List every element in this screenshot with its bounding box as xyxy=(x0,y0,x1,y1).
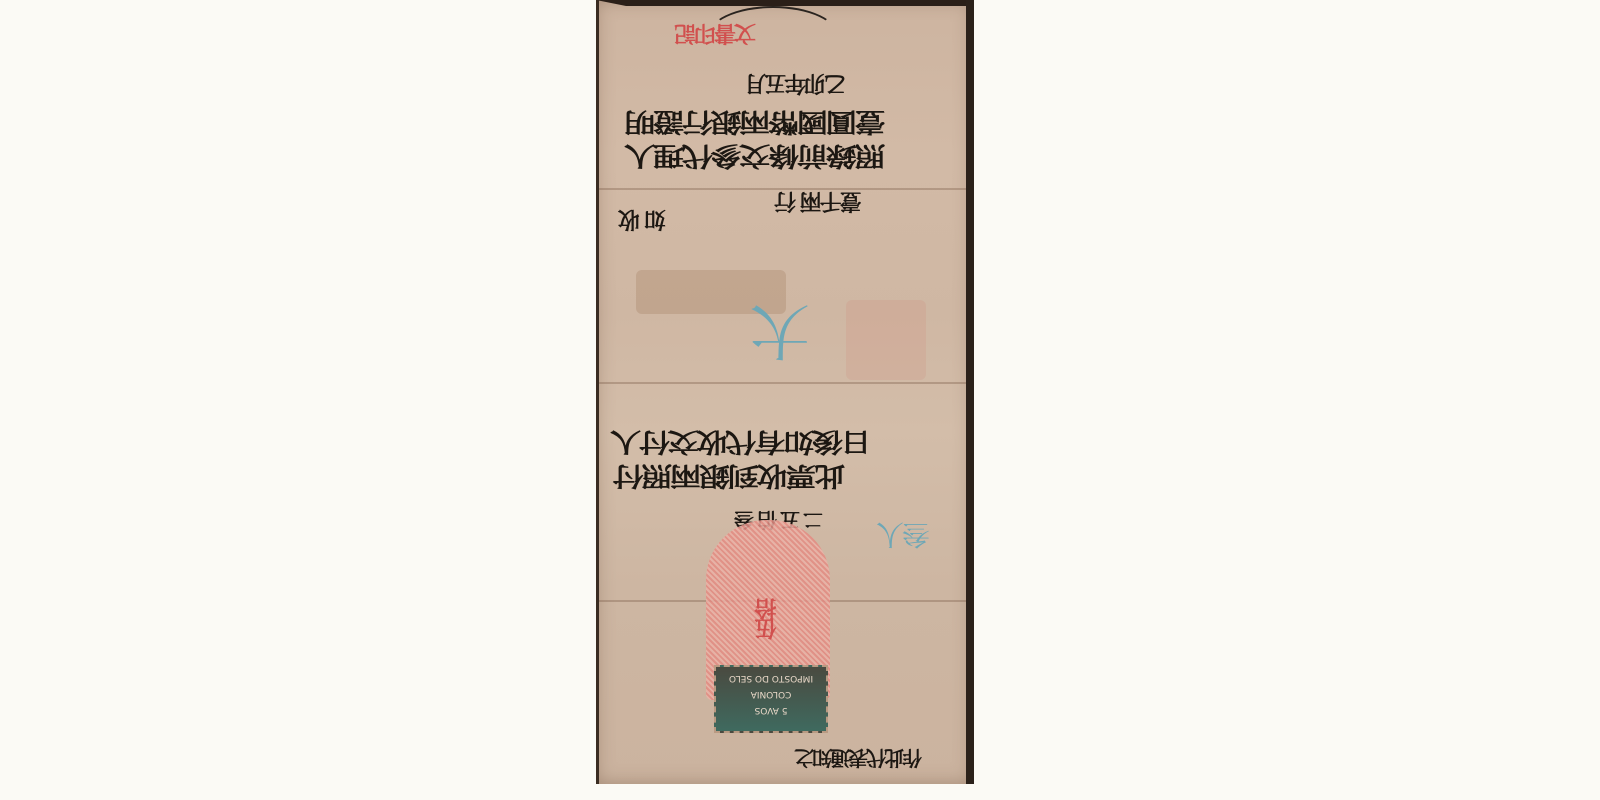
paper-top-edge xyxy=(596,0,972,6)
blue-ink-mark: 大 xyxy=(752,300,810,360)
printed-block-1-row-1: 壹圓國幣兩銀行證明 xyxy=(626,108,885,134)
fold-line xyxy=(596,382,972,384)
printed-block-2-row-1: 日後如有代收交付人 xyxy=(612,428,871,454)
handwritten-left-note: 如 收 xyxy=(620,208,666,230)
stamp-middle-text: COLONIA xyxy=(716,689,826,699)
red-seal-characters: 伍拾 xyxy=(756,600,778,640)
paper-right-edge xyxy=(966,0,974,784)
revenue-stamp: IMPOSTO DO SELO COLONIA 5 AVOS xyxy=(714,665,828,733)
printed-block-1-row-2: 照錄前條交參代理人 xyxy=(626,142,885,168)
printed-block-2-row-2: 此票收到銀兩照付 xyxy=(615,462,845,488)
bottom-handwritten-line: 作此代表通知之 xyxy=(796,748,922,768)
signature-scribble xyxy=(706,6,840,70)
handwritten-amount-line: 壹千兩 行 xyxy=(776,190,862,212)
document-photo: 文書印記 乙卯年五月 壹圓國幣兩銀行證明 照錄前條交參代理人 壹千兩 行 如 收… xyxy=(596,0,972,784)
stamp-value-text: 5 AVOS xyxy=(716,705,826,715)
faded-red-seal xyxy=(846,300,926,380)
header-date-line: 乙卯年五月 xyxy=(746,72,846,94)
paper-left-edge xyxy=(596,0,599,784)
blue-ink-mark-2: 叁人 xyxy=(878,520,930,548)
stamp-top-text: IMPOSTO DO SELO xyxy=(716,673,826,683)
